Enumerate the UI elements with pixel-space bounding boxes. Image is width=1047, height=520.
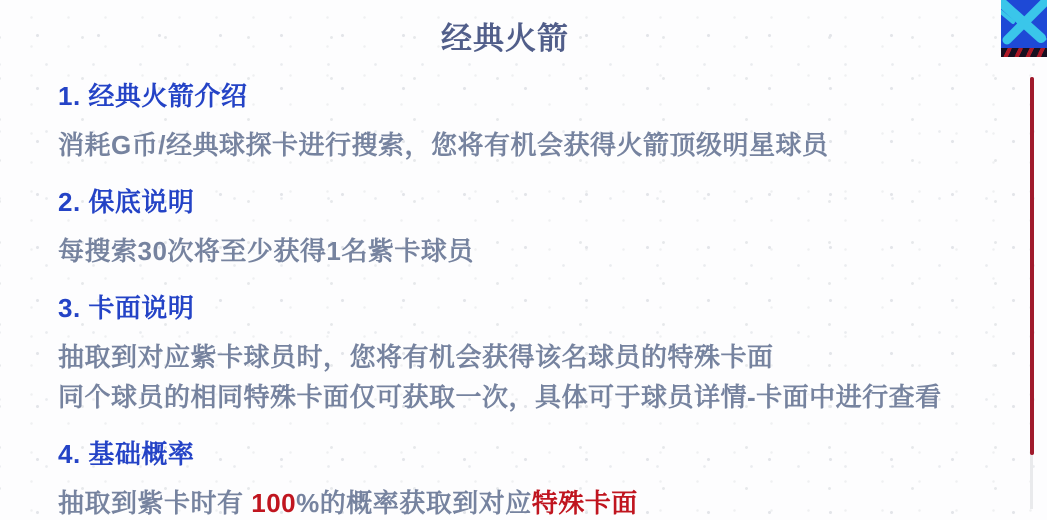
section-heading-1: 1. 经典火箭介绍 [58,80,977,112]
rules-content: 1. 经典火箭介绍消耗G币/经典球探卡进行搜索，您将有机会获得火箭顶级明星球员2… [58,80,977,520]
text-span: %的概率获取到对应 [296,488,532,518]
text-span: 特殊卡面 [532,488,638,518]
text-span: 同个球员的相同特殊卡面仅可获取一次，具体可于球员详情-卡面中进行查看 [58,382,942,412]
text-span: 消耗G币/经典球探卡进行搜索，您将有机会获得火箭顶级明星球员 [58,130,828,160]
section-paragraph: 抽取到紫卡时有 100%的概率获取到对应特殊卡面 [58,483,977,520]
section-paragraph: 抽取到对应紫卡球员时，您将有机会获得该名球员的特殊卡面 [58,337,977,377]
page-title: 经典火箭 [0,13,1010,58]
close-button-stripe [1001,48,1047,57]
section-heading-2: 2. 保底说明 [58,186,977,218]
text-span: 每搜索30次将至少获得1名紫卡球员 [58,236,474,266]
section-paragraph: 消耗G币/经典球探卡进行搜索，您将有机会获得火箭顶级明星球员 [58,125,977,165]
text-span: 抽取到紫卡时有 [58,488,251,518]
close-x-icon [1001,0,1047,48]
section-heading-4: 4. 基础概率 [58,438,977,470]
section-heading-3: 3. 卡面说明 [58,292,977,324]
close-button-background [1001,0,1047,48]
close-button[interactable] [1001,0,1047,57]
section-paragraph: 每搜索30次将至少获得1名紫卡球员 [58,231,977,271]
text-span: 抽取到对应紫卡球员时，您将有机会获得该名球员的特殊卡面 [58,342,774,372]
scrollbar-thumb[interactable] [1030,77,1034,455]
text-span: 100 [251,488,296,518]
section-paragraph: 同个球员的相同特殊卡面仅可获取一次，具体可于球员详情-卡面中进行查看 [58,377,977,417]
